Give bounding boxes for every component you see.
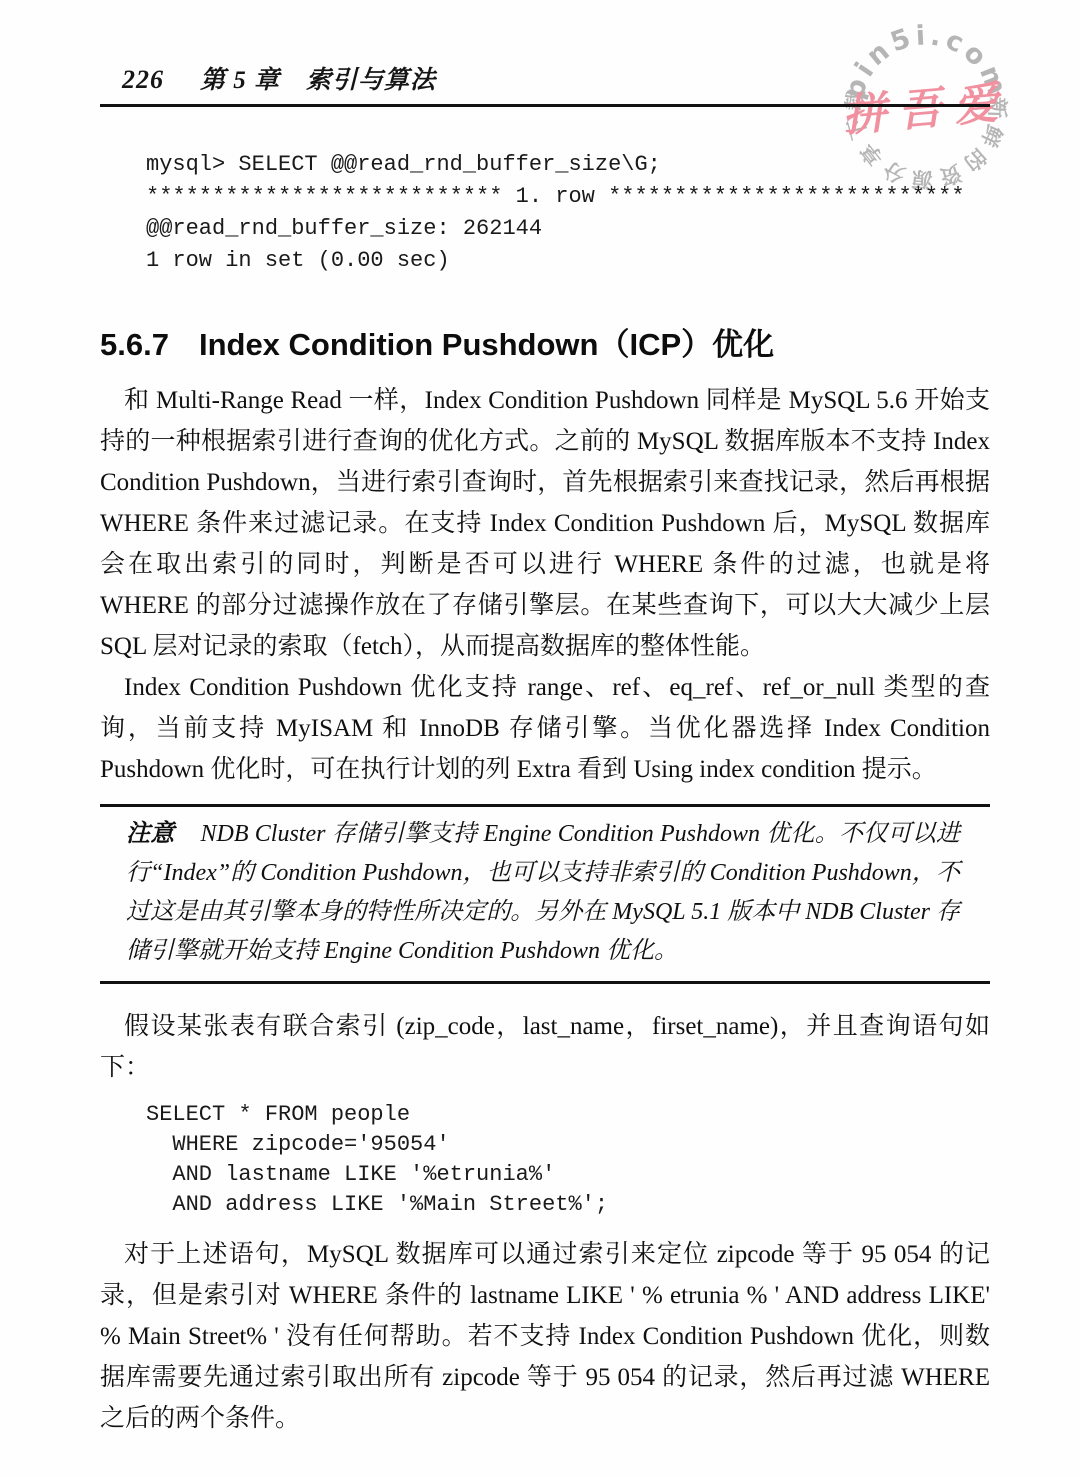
note-label: 注意 [126,821,175,847]
paragraph-conclusion: 对于上述语句，MySQL 数据库可以通过索引来定位 zipcode 等于 95 … [100,1234,990,1439]
section-heading: 5.6.7Index Condition Pushdown（ICP）优化 [100,319,990,364]
chapter-label: 第 5 章 [200,60,280,96]
section-title: Index Condition Pushdown（ICP）优化 [199,327,774,362]
sql-example: SELECT * FROM people WHERE zipcode='9505… [146,1100,990,1220]
paragraph-example-intro: 假设某张表有联合索引 (zip_code，last_name，firset_na… [100,1006,990,1088]
paragraph-icp-support: Index Condition Pushdown 优化支持 range、ref、… [100,667,990,790]
note-text: 注意NDB Cluster 存储引擎支持 Engine Condition Pu… [126,815,960,971]
note-body: NDB Cluster 存储引擎支持 Engine Condition Push… [126,821,960,964]
chapter-title: 索引与算法 [306,60,436,96]
section-number: 5.6.7 [100,327,169,362]
running-head: 226 第 5 章 索引与算法 [100,60,990,107]
book-page: pin5i.com 最新鲜的资源分享下载站 拼吾爱 226 第 5 章 索引与算… [0,0,1080,1478]
note-block: 注意NDB Cluster 存储引擎支持 Engine Condition Pu… [100,804,990,984]
page-number: 226 [122,65,164,95]
paragraph-icp-intro: 和 Multi-Range Read 一样，Index Condition Pu… [100,380,990,667]
page-content: 226 第 5 章 索引与算法 mysql> SELECT @@read_rnd… [0,0,1080,1439]
terminal-output: mysql> SELECT @@read_rnd_buffer_size\G; … [146,149,990,277]
